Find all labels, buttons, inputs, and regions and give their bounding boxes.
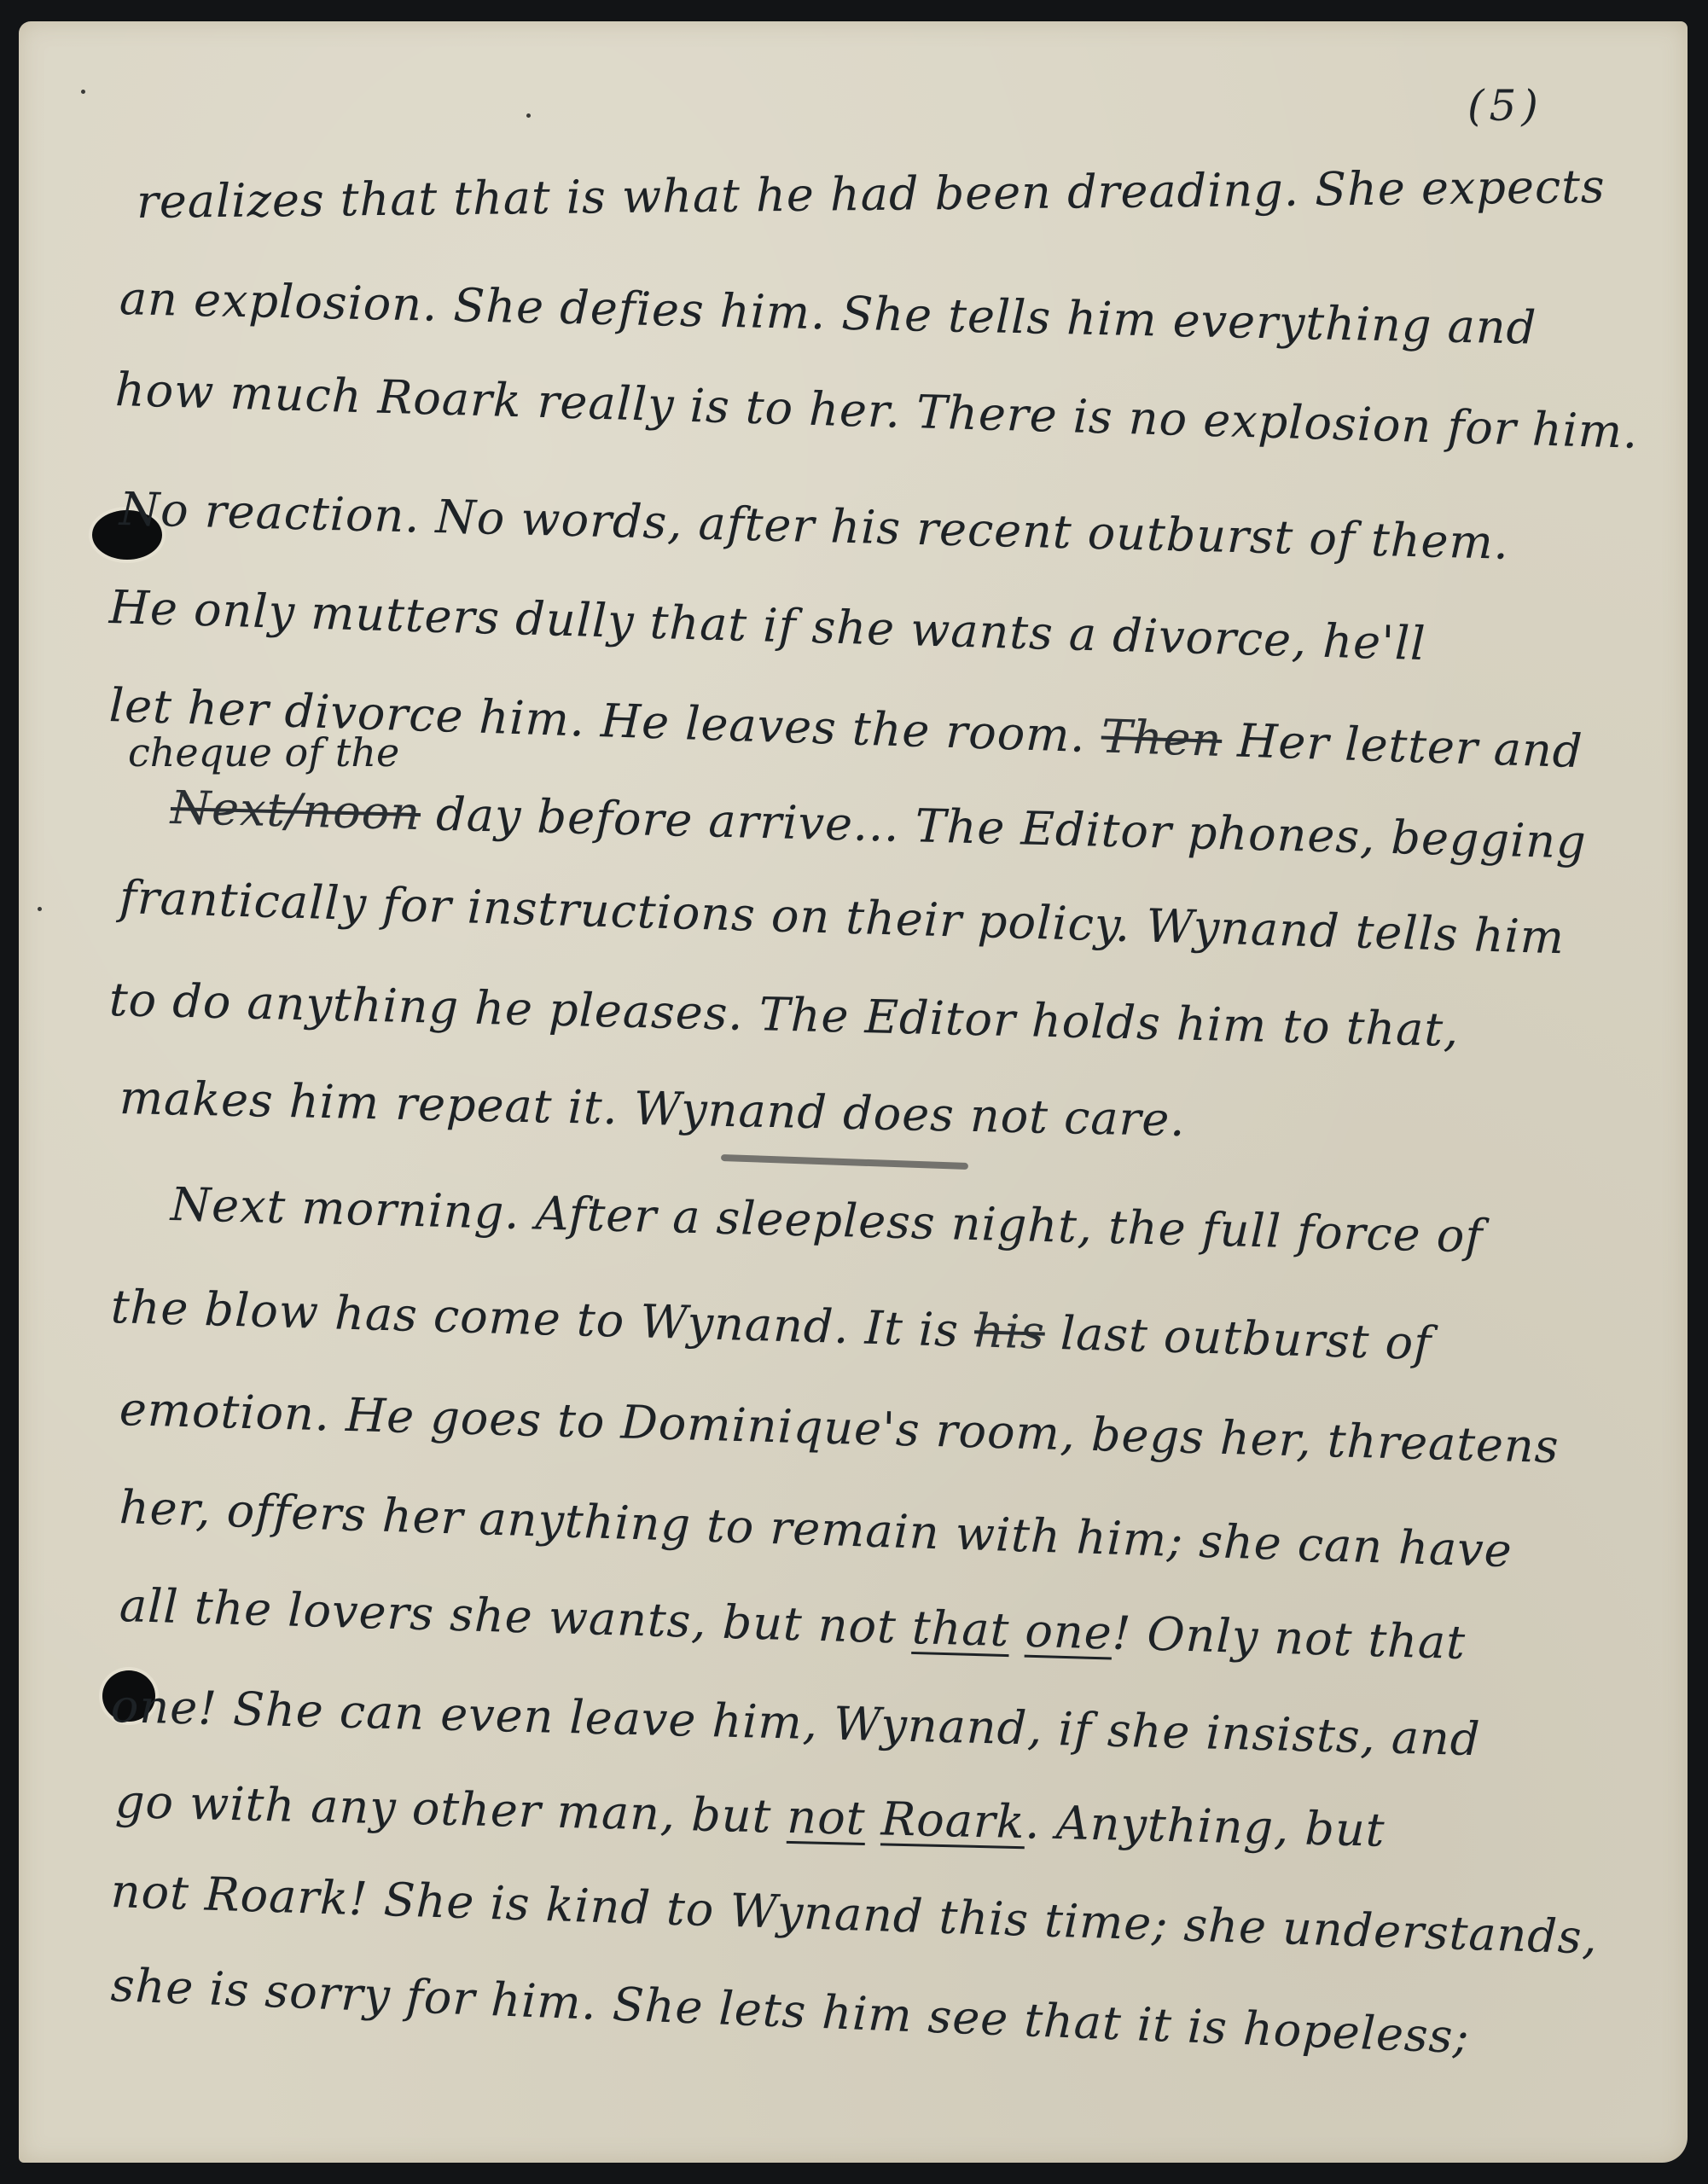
paper-speck <box>526 113 531 118</box>
underlined-word: one <box>1025 1604 1113 1660</box>
page-number: (5) <box>1467 81 1543 131</box>
struck-word: Then <box>1101 710 1223 767</box>
underlined-word: Roark <box>880 1792 1025 1849</box>
struck-word: his <box>973 1304 1045 1359</box>
struck-word: Next/noon <box>170 781 421 840</box>
underlined-word: that <box>911 1600 1010 1657</box>
line-17-end: . Anything, but <box>1025 1795 1386 1857</box>
space <box>865 1792 882 1845</box>
space <box>1008 1603 1025 1657</box>
line-6-end: Her letter and <box>1221 713 1583 778</box>
paper-speck <box>81 90 85 94</box>
line-12-end: last outburst of <box>1044 1306 1432 1371</box>
line-15-end: ! Only not that <box>1112 1606 1467 1670</box>
interlinear-insertion: cheque of the <box>128 729 399 775</box>
underlined-word: not <box>787 1790 866 1845</box>
paper-speck <box>38 907 42 911</box>
